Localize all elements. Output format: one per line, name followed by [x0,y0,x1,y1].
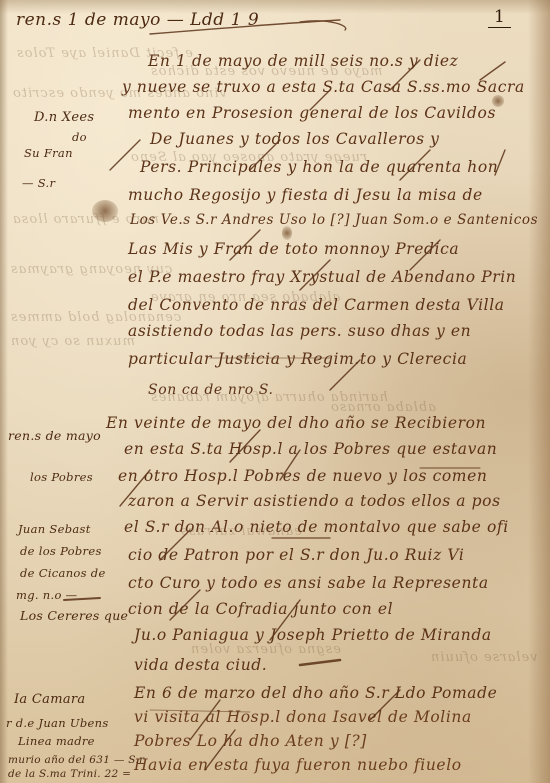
body-line: Los Ve.s S.r Andres Uso lo [?] Juan Som.… [130,212,538,228]
body-line: En 6 de marzo del dho año S.r Ldo Pomade [134,684,497,702]
body-line: cto Curo y todo es ansi sabe la Represen… [128,574,489,592]
body-line: En veinte de mayo del dho año se Recibie… [106,414,486,432]
bleed-through-text: muxun so cy yon [10,334,135,349]
margin-note: Ia Camara [14,692,85,707]
body-line: vi visita al Hosp.l dona Isavel de Molin… [134,708,472,726]
body-line: mucho Regosijo y fiesta di Jesu la misa … [128,186,483,204]
body-line: De Juanes y todos los Cavalleros y [150,130,440,148]
margin-note: murio año del 631 — S.r [8,754,144,766]
margin-note: ren.s de mayo [8,428,101,443]
body-line: particular Justicia y Regim.to y Clereci… [128,350,467,368]
body-line: en esta S.ta Hosp.l a los Pobres que est… [124,440,497,458]
margin-note: de Cicanos de [20,566,106,580]
margin-note: Los Cereres que [20,608,128,623]
header-date-note: ren.s 1 de mayo — Ldd 1 9 [16,10,259,30]
manuscript-page: e fecit Daniel aye Tolos mayo de nuevo v… [0,0,550,783]
body-line: asistiendo todas las pers. suso dhas y e… [128,322,471,340]
body-line: vida desta ciud. [134,656,267,674]
body-line: zaron a Servir asistiendo a todos ellos … [128,492,501,510]
margin-note: los Pobres [30,470,93,484]
body-line: el P.e maestro fray Xrystual de Abendano… [128,268,516,286]
body-line: Pobres Lo ha dho Aten y [?] [134,732,367,750]
body-line: mento en Prosesion general de los Cavild… [128,104,496,122]
folio-number: 1 [488,8,511,28]
margin-note: mg. n.o — [16,588,77,602]
margin-note: de la S.ma Trini. 22 = [8,768,131,780]
margin-note: Su Fran [24,146,73,160]
body-line: Pers. Principales y hon la de quarenta h… [140,158,498,176]
body-line: Las Mis y Fran de toto monnoy Predica [128,240,459,258]
margin-note: do [72,130,87,144]
margin-note: r d.e Juan Ubens [6,716,109,730]
body-line: y nueve se truxo a esta S.ta Casa S.ss.m… [122,78,525,96]
body-line: cion de la Cofradia junto con el [128,600,393,618]
body-line: Ju.o Paniagua y Joseph Prietto de Mirand… [134,626,492,644]
body-line: Havia en esta fuya fueron nuebo fiuelo [134,756,462,774]
body-line: en otro Hosp.l Pobres de nuevo y los com… [118,467,487,485]
paper-edge-left [0,0,8,783]
bleed-through-text: ablaba ornaso [330,400,436,415]
bleed-through-text: esgna ofuerza volen [190,642,341,657]
body-line: En 1 de mayo de mill seis no.s y diez [148,52,458,70]
ink-stain [282,226,292,240]
bleed-through-text: velarse ofuuin [430,650,538,665]
margin-note: — S.r [22,176,55,190]
margin-note: Linea madre [18,734,95,748]
margin-note: Juan Sebast [18,522,91,536]
margin-note: D.n Xees [34,110,94,125]
margin-note: de los Pobres [20,544,102,558]
body-line: el S.r don Al.o nieto de montalvo que sa… [124,518,509,536]
body-line: cio de Patron por el S.r don Ju.o Ruiz V… [128,546,464,564]
body-line: Son ca de nro S. [148,382,274,398]
body-line: del Convento de nras del Carmen desta Vi… [128,296,505,314]
paper-edge-right [528,0,550,783]
